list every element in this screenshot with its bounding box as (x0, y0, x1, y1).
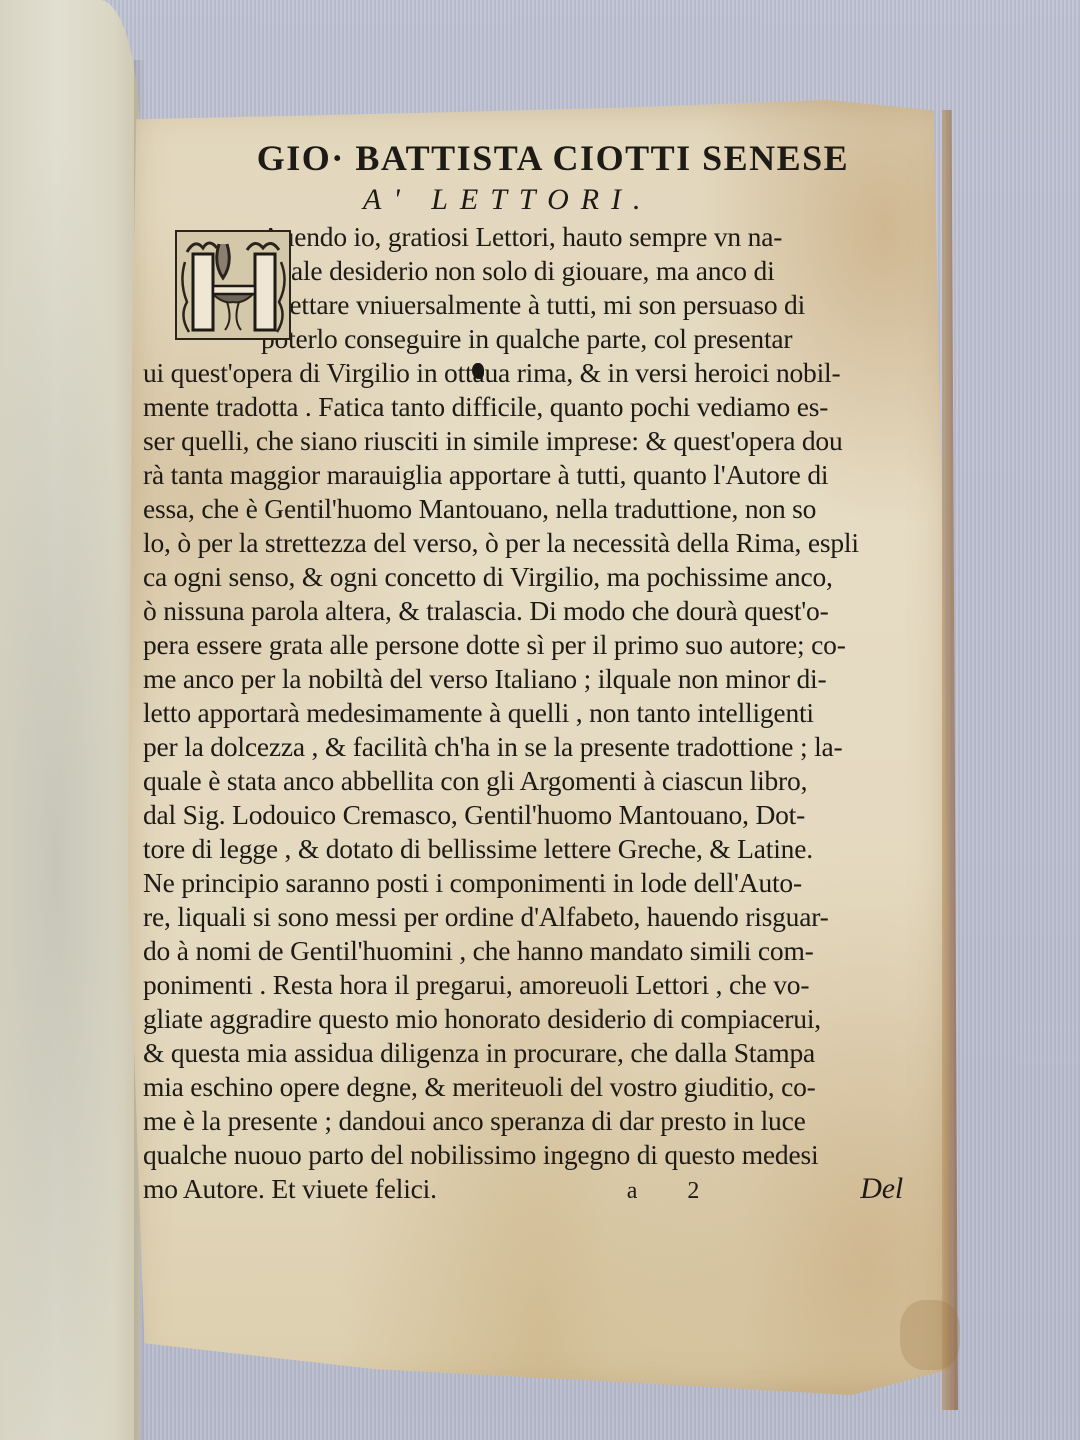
text-line: ò nissuna parola altera, & tralascia. Di… (143, 594, 933, 628)
text-line: ui quest'opera di Virgilio in ottaua rim… (143, 356, 933, 390)
ornamental-initial-h-icon (175, 230, 291, 340)
page-title: GIO· BATTISTA CIOTTI SENESE (143, 138, 933, 178)
signature-mark: a 2 (627, 1174, 722, 1208)
text-line: quale è stata anco abbellita con gli Arg… (143, 764, 933, 798)
text-line: ser quelli, che siano riusciti in simile… (143, 424, 933, 458)
text-line: me è la presente ; dandoui anco speranza… (143, 1104, 933, 1138)
text-line: Ne principio saranno posti i componiment… (143, 866, 933, 900)
text-line: ca ogni senso, & ogni concetto di Virgil… (143, 560, 933, 594)
text-line: mia eschino opere degne, & meriteuoli de… (143, 1070, 933, 1104)
ink-blot (472, 363, 484, 379)
text-line: me anco per la nobiltà del verso Italian… (143, 662, 933, 696)
text-line: lo, ò per la strettezza del verso, ò per… (143, 526, 933, 560)
text-line: re, liquali si sono messi per ordine d'A… (143, 900, 933, 934)
closing-line: mo Autore. Et viuete felici. a 2 Del (143, 1172, 933, 1208)
page-text: GIO· BATTISTA CIOTTI SENESE A' LETTORI. … (143, 138, 933, 1208)
woodcut-h-glyph-icon (177, 232, 289, 338)
foxing-stain (900, 1300, 960, 1370)
closing-text: mo Autore. Et viuete felici. (143, 1172, 437, 1206)
text-line: letto apportarà medesimamente à quelli ,… (143, 696, 933, 730)
leaf-fore-edge (942, 110, 958, 1410)
preface-body: Auendo io, gratiosi Lettori, hauto sempr… (143, 220, 933, 1208)
page-subtitle: A' LETTORI. (363, 182, 933, 218)
text-line: mente tradotta . Fatica tanto difficile,… (143, 390, 933, 424)
catchword: Del (860, 1172, 903, 1206)
text-line: gliate aggradire questo mio honorato des… (143, 1002, 933, 1036)
text-line: rà tanta maggior marauiglia apportare à … (143, 458, 933, 492)
text-line: per la dolcezza , & facilità ch'ha in se… (143, 730, 933, 764)
text-line: do à nomi de Gentil'huomini , che hanno … (143, 934, 933, 968)
text-line: essa, che è Gentil'huomo Mantouano, nell… (143, 492, 933, 526)
text-line: pera essere grata alle persone dotte sì … (143, 628, 933, 662)
text-line: dal Sig. Lodouico Cremasco, Gentil'huomo… (143, 798, 933, 832)
text-line: ponimenti . Resta hora il pregarui, amor… (143, 968, 933, 1002)
facing-flyleaf (0, 0, 140, 1440)
text-line: qualche nuouo parto del nobilissimo inge… (143, 1138, 933, 1172)
text-line: & questa mia assidua diligenza in procur… (143, 1036, 933, 1070)
text-line: tore di legge , & dotato di bellissime l… (143, 832, 933, 866)
